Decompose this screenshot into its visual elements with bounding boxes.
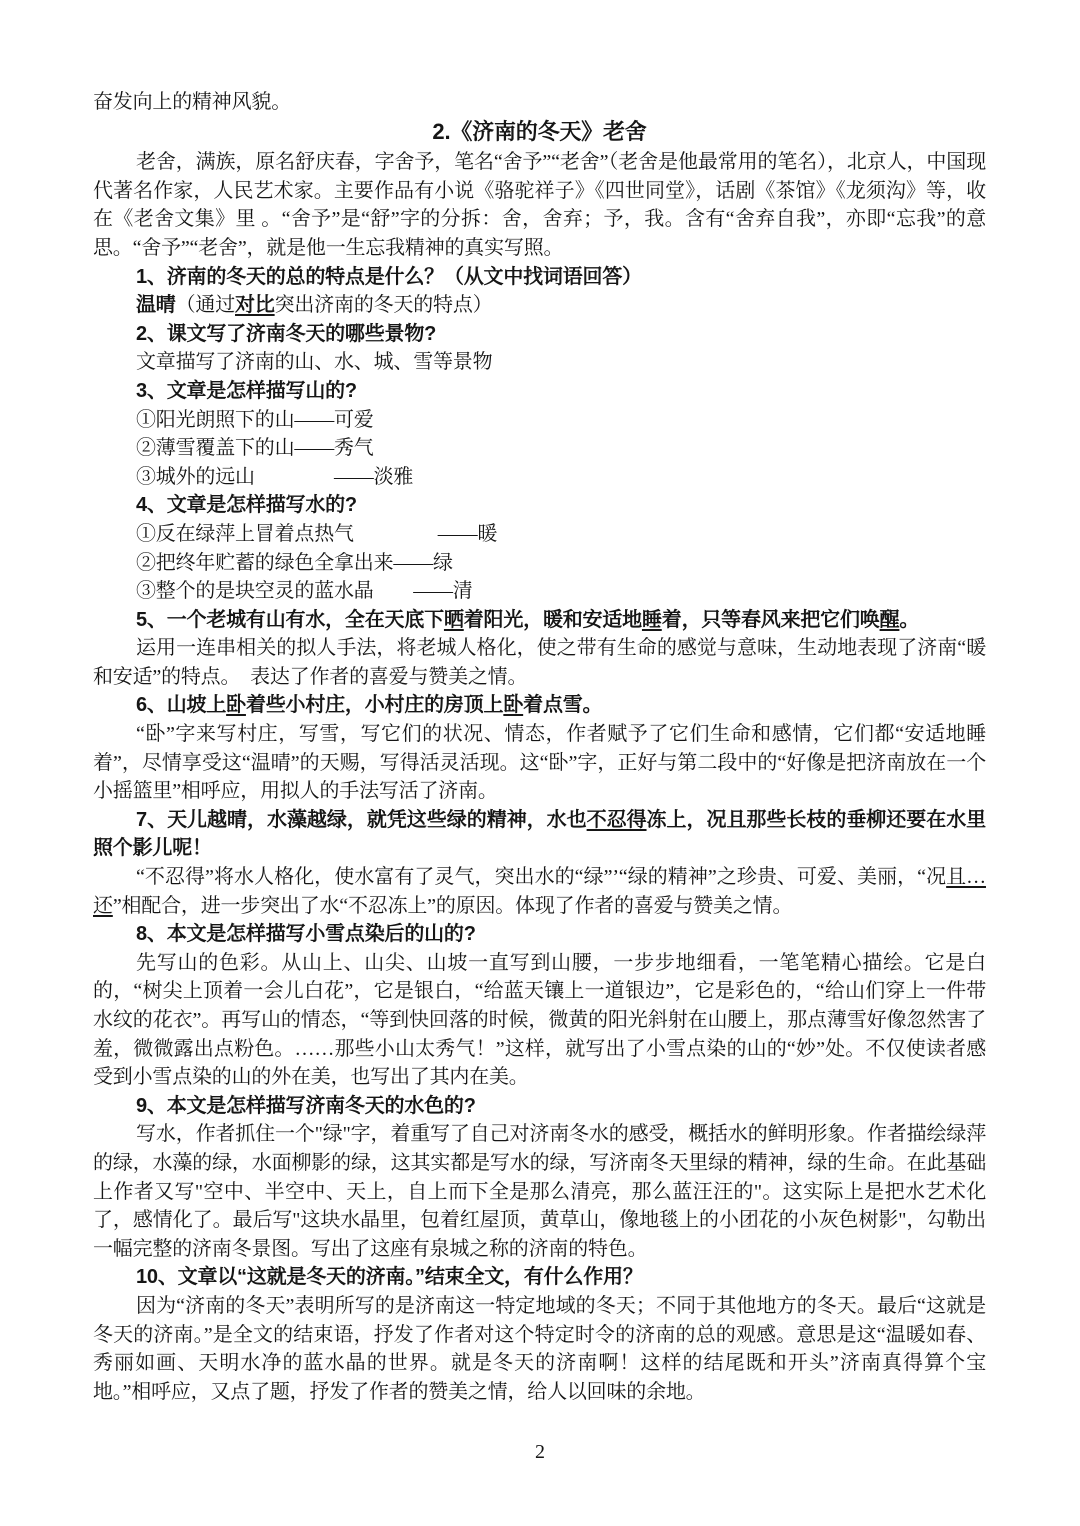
question-4: 4、文章是怎样描写水的? — [93, 491, 986, 520]
bold-text-run: 6、山坡上 — [136, 694, 226, 716]
answer-1: 温晴（通过对比突出济南的冬天的特点） — [93, 291, 986, 320]
underlined-text-run: 卧 — [226, 694, 246, 716]
question-6: 6、山坡上卧着些小村庄，小村庄的房顶上卧着点雪。 — [93, 691, 986, 720]
answer-5: 运用一连串相关的拟人手法，将老城人格化，使之带有生命的感觉与意味，生动地表现了济… — [93, 634, 986, 691]
bold-text-run: 着点雪。 — [523, 694, 602, 716]
document-content: 奋发向上的精神风貌。2.《济南的冬天》老舍老舍，满族，原名舒庆春，字舍予，笔名“… — [93, 88, 986, 1406]
text-run: ①阳光朗照下的山——可爱 — [136, 409, 374, 431]
bold-text-run: 9、本文是怎样描写济南冬天的水色的? — [136, 1095, 476, 1117]
text-run: ”相配合，进一步突出了水“不忍冻上”的原因。体现了作者的喜爱与赞美之情。 — [113, 895, 792, 917]
underlined-text-run: 醒 — [880, 609, 900, 631]
bold-text-run: 2、课文写了济南冬天的哪些景物? — [136, 323, 436, 345]
answer-9: 写水，作者抓住一个"绿"字，着重写了自己对济南冬水的感受，概括水的鲜明形象。作者… — [93, 1120, 986, 1263]
bold-text-run: 10、文章以“这就是冬天的济南。”结束全文，有什么作用？ — [136, 1266, 643, 1288]
bold-text-run: 。 — [899, 609, 919, 631]
answer-3-item-2: ②薄雪覆盖下的山——秀气 — [93, 434, 986, 463]
bold-text-run: 着些小村庄，小村庄的房顶上 — [246, 694, 503, 716]
bold-text-run: 1、济南的冬天的总的特点是什么？（从文中找词语回答） — [136, 266, 642, 288]
question-8: 8、本文是怎样描写小雪点染后的山的? — [93, 920, 986, 949]
bold-text-run: 温晴 — [136, 294, 176, 316]
text-run: 突出济南的冬天的特点） — [275, 294, 493, 316]
bold-text-run: 着阳光，暖和安适地 — [464, 609, 642, 631]
lesson-title: 2.《济南的冬天》老舍 — [93, 118, 986, 147]
text-run: 文章描写了济南的山、水、城、雪等景物 — [136, 351, 492, 373]
answer-8: 先写山的色彩。从山上、山尖、山坡一直写到山腰，一步步地细看，一笔笔精心描绘。它是… — [93, 949, 986, 1092]
text-run: ②把终年贮蓄的绿色全拿出来——绿 — [136, 552, 453, 574]
bold-text-run: 3、文章是怎样描写山的? — [136, 380, 357, 402]
bold-text-run: 8、本文是怎样描写小雪点染后的山的? — [136, 923, 476, 945]
answer-4-item-1: ①反在绿萍上冒着点热气 ——暖 — [93, 520, 986, 549]
text-run: ①反在绿萍上冒着点热气 ——暖 — [136, 523, 497, 545]
text-run: 奋发向上的精神风貌。 — [93, 91, 291, 113]
answer-10: 因为“济南的冬天”表明所写的是济南这一特定地域的冬天；不同于其他地方的冬天。最后… — [93, 1292, 986, 1406]
author-intro: 老舍，满族，原名舒庆春，字舍予，笔名“舍予”“老舍”（老舍是他最常用的笔名），北… — [93, 148, 986, 262]
underlined-text-run: 对比 — [235, 294, 275, 316]
answer-3-item-3: ③城外的远山 ——淡雅 — [93, 463, 986, 492]
question-9: 9、本文是怎样描写济南冬天的水色的? — [93, 1092, 986, 1121]
text-run: ③整个的是块空灵的蓝水晶 ——清 — [136, 580, 473, 602]
answer-4-item-3: ③整个的是块空灵的蓝水晶 ——清 — [93, 577, 986, 606]
question-5: 5、一个老城有山有水，全在天底下晒着阳光，暖和安适地睡着，只等春风来把它们唤醒。 — [93, 606, 986, 635]
answer-3-item-1: ①阳光朗照下的山——可爱 — [93, 406, 986, 435]
text-run: 运用一连串相关的拟人手法，将老城人格化，使之带有生命的感觉与意味，生动地表现了济… — [93, 637, 986, 688]
question-3: 3、文章是怎样描写山的? — [93, 377, 986, 406]
underlined-text-run: 不忍得 — [587, 809, 647, 831]
text-run: 先写山的色彩。从山上、山尖、山坡一直写到山腰，一步步地细看，一笔笔精心描绘。它是… — [93, 952, 986, 1088]
text-run: ③城外的远山 ——淡雅 — [136, 466, 413, 488]
question-2: 2、课文写了济南冬天的哪些景物? — [93, 320, 986, 349]
question-1: 1、济南的冬天的总的特点是什么？（从文中找词语回答） — [93, 263, 986, 292]
document-page: 奋发向上的精神风貌。2.《济南的冬天》老舍老舍，满族，原名舒庆春，字舍予，笔名“… — [0, 0, 1080, 1526]
bold-text-run: 4、文章是怎样描写水的? — [136, 494, 357, 516]
page-number: 2 — [0, 1441, 1080, 1464]
question-10: 10、文章以“这就是冬天的济南。”结束全文，有什么作用？ — [93, 1263, 986, 1292]
answer-6: “卧”字来写村庄，写雪，写它们的状况、情态，作者赋予了它们生命和感情，它们都“安… — [93, 720, 986, 806]
underlined-text-run: 卧 — [503, 694, 523, 716]
carryover-line: 奋发向上的精神风貌。 — [93, 88, 986, 117]
bold-text-run: 着，只等春风来把它们唤 — [662, 609, 880, 631]
answer-4-item-2: ②把终年贮蓄的绿色全拿出来——绿 — [93, 549, 986, 578]
bold-text-run: 7、天儿越晴，水藻越绿，就凭这些绿的精神，水也 — [136, 809, 587, 831]
bold-text-run: 5、一个老城有山有水，全在天底下 — [136, 609, 444, 631]
text-run: “不忍得”将水人格化，使水富有了灵气，突出水的“绿”’“绿的精神”之珍贵、可爱、… — [136, 866, 946, 888]
text-run: 因为“济南的冬天”表明所写的是济南这一特定地域的冬天；不同于其他地方的冬天。最后… — [93, 1295, 986, 1403]
underlined-text-run: 睡 — [642, 609, 662, 631]
question-7: 7、天儿越晴，水藻越绿，就凭这些绿的精神，水也不忍得冻上，况且那些长枝的垂柳还要… — [93, 806, 986, 863]
text-run: 老舍，满族，原名舒庆春，字舍予，笔名“舍予”“老舍”（老舍是他最常用的笔名），北… — [93, 151, 986, 259]
text-run: ②薄雪覆盖下的山——秀气 — [136, 437, 374, 459]
answer-7: “不忍得”将水人格化，使水富有了灵气，突出水的“绿”’“绿的精神”之珍贵、可爱、… — [93, 863, 986, 920]
text-run: 写水，作者抓住一个"绿"字，着重写了自己对济南冬水的感受，概括水的鲜明形象。作者… — [93, 1123, 986, 1259]
text-run: （通过 — [176, 294, 235, 316]
bold-text-run: 2.《济南的冬天》老舍 — [432, 119, 646, 144]
text-run: “卧”字来写村庄，写雪，写它们的状况、情态，作者赋予了它们生命和感情，它们都“安… — [93, 723, 986, 802]
answer-2: 文章描写了济南的山、水、城、雪等景物 — [93, 348, 986, 377]
underlined-text-run: 晒 — [444, 609, 464, 631]
